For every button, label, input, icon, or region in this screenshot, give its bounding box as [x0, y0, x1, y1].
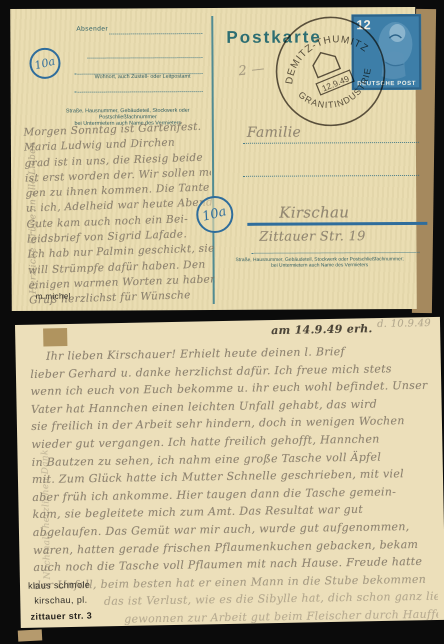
sender-line-1	[109, 32, 202, 34]
address-line-1	[243, 141, 419, 144]
postcard-scan: Absender Wohnort, auch Zustell- oder Lei…	[0, 0, 444, 644]
back-message: Ihr lieben Kirschauer! Erhielt heute dei…	[30, 342, 438, 630]
overlay-street: zittauer str. 3	[31, 611, 93, 622]
overlay-name: klaus schmole	[28, 580, 90, 591]
sender-line-4	[75, 90, 203, 93]
postal-zone-circle-right: 10a	[196, 196, 233, 233]
postal-zone-right-text: 10a	[201, 204, 228, 225]
address-line-2	[243, 174, 419, 177]
pencil-mark: 2 —	[238, 61, 266, 79]
address-town: Kirschau	[279, 203, 349, 221]
postcard-back: am 14.9.49 erh. d. 10.9.49 Nochmals herz…	[15, 317, 444, 628]
postmark-slogan: GRANITINDUSTRIE	[295, 62, 383, 123]
address-town-underline	[247, 222, 427, 226]
postal-zone-left-text: 10a	[33, 55, 56, 73]
collector-label: m.michel	[36, 292, 71, 301]
address-addressee: Familie	[247, 125, 301, 141]
sender-label: Absender	[76, 26, 108, 33]
hint-street-right-block: Straße, Hausnummer, Gebäudeteil, Stockwe…	[234, 257, 406, 269]
postmark-town: DEMITZ-THUMITZ	[273, 21, 373, 89]
address-line-3	[251, 251, 419, 254]
date-note: d. 10.9.49	[377, 318, 431, 330]
paper-fragment	[18, 629, 43, 641]
front-message: Morgen Sonntag ist Gartenfest. Maria Lud…	[23, 119, 215, 309]
tape-patch-icon	[43, 328, 67, 346]
svg-text:GRANITINDUSTRIE: GRANITINDUSTRIE	[295, 62, 383, 123]
svg-text:DEMITZ-THUMITZ: DEMITZ-THUMITZ	[273, 21, 373, 89]
overlay-town: kirschau, pl.	[34, 595, 87, 606]
address-street: Zittauer Str. 19	[259, 229, 365, 245]
received-note: am 14.9.49 erh.	[271, 322, 373, 337]
hint-residence: Wohnort, auch Zustell- oder Leitpostamt	[89, 74, 197, 81]
sender-line-2	[87, 56, 202, 59]
postcard-front: Absender Wohnort, auch Zustell- oder Lei…	[10, 7, 417, 311]
hint-right-line2: bei Untermietern auch Name des Vermieter…	[234, 263, 406, 270]
